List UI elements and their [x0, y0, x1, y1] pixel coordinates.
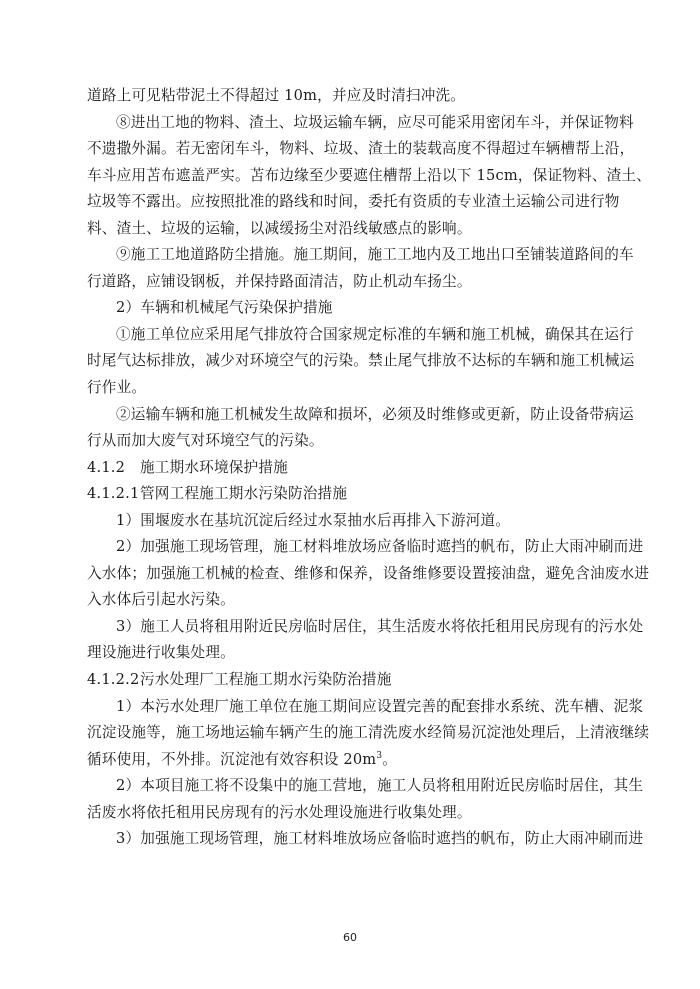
paragraph-line: 活废水将依托租用民房现有的污水处理设施进行收集处理。	[87, 800, 615, 827]
paragraph-line: 2）本项目施工将不设集中的施工营地，施工人员将租用附近民房临时居住，其生	[87, 773, 615, 800]
paragraph-line: 垃圾等不露出。应按照批准的路线和时间，委托有资质的专业渣土运输公司进行物	[87, 189, 615, 216]
paragraph-line: 3）施工人员将租用附近民房临时居住，其生活废水将依托租用民房现有的污水处	[87, 614, 615, 641]
paragraph-line: ①施工单位应采用尾气排放符合国家规定标准的车辆和施工机械，确保其在运行	[87, 322, 615, 349]
paragraph-line: 1）围堰废水在基坑沉淀后经过水泵抽水后再排入下游河道。	[87, 508, 615, 535]
paragraph-line: 1）本污水处理厂施工单位在施工期间应设置完善的配套排水系统、洗车槽、泥浆	[87, 694, 615, 721]
paragraph-line: 理设施进行收集处理。	[87, 640, 615, 667]
plant-water-measures-section: 1）本污水处理厂施工单位在施工期间应设置完善的配套排水系统、洗车槽、泥浆沉淀设施…	[87, 694, 615, 747]
section-heading-4-1-2-2: 4.1.2.2污水处理厂工程施工期水污染防治措施	[87, 667, 615, 694]
section-heading-4-1-2-1: 4.1.2.1管网工程施工期水污染防治措施	[87, 481, 615, 508]
air-pollution-measures-section: 道路上可见粘带泥土不得超过 10m，并应及时清扫冲洗。⑧进出工地的物料、渣土、垃…	[87, 83, 615, 455]
section-title: 施工期水环境保护措施	[140, 459, 288, 476]
paragraph-line: 3）加强施工现场管理，施工材料堆放场应备临时遮挡的帆布，防止大雨冲刷而进	[87, 826, 615, 853]
paragraph-line: 行道路，应铺设钢板，并保持路面清洁，防止机动车扬尘。	[87, 269, 615, 296]
section-title: 污水处理厂工程施工期水污染防治措施	[140, 671, 392, 688]
paragraph-line: 行作业。	[87, 375, 615, 402]
paragraph-line: 行从而加大废气对环境空气的污染。	[87, 428, 615, 455]
section-number: 4.1.2.2	[87, 667, 140, 694]
section-title: 管网工程施工期水污染防治措施	[140, 485, 347, 502]
paragraph-line: 2）加强施工现场管理，施工材料堆放场应备临时遮挡的帆布，防止大雨冲刷而进	[87, 534, 615, 561]
page-number: 60	[0, 931, 700, 944]
paragraph-line: 2）车辆和机械尾气污染保护措施	[87, 295, 615, 322]
paragraph-line: 入水体；加强施工机械的检查、维修和保养，设备维修要设置接油盘，避免含油废水进	[87, 561, 615, 588]
paragraph-line: 入水体后引起水污染。	[87, 587, 615, 614]
section-number: 4.1.2.1	[87, 481, 140, 508]
paragraph-line: 不遗撒外漏。若无密闭车斗，物料、垃圾、渣土的装载高度不得超过车辆槽帮上沿，	[87, 136, 615, 163]
section-number: 4.1.2	[87, 455, 140, 482]
paragraph-line: ⑧进出工地的物料、渣土、垃圾运输车辆，应尽可能采用密闭车斗，并保证物料	[87, 110, 615, 137]
paragraph-line: ②运输车辆和施工机械发生故障和损坏，必须及时维修或更新，防止设备带病运	[87, 402, 615, 429]
plant-water-measures-continued: 2）本项目施工将不设集中的施工营地，施工人员将租用附近民房临时居住，其生活废水将…	[87, 773, 615, 853]
paragraph-line: 车斗应用苫布遮盖严实。苫布边缘至少要遮住槽帮上沿以下 15cm，保证物料、渣土、	[87, 163, 615, 190]
paragraph-line-volume: 循环使用，不外排。沉淀池有效容积设 20m3。	[87, 747, 615, 774]
paragraph-line: 时尾气达标排放，减少对环境空气的污染。禁止尾气排放不达标的车辆和施工机械运	[87, 348, 615, 375]
paragraph-line: ⑨施工工地道路防尘措施。施工期间，施工工地内及工地出口至铺装道路间的车	[87, 242, 615, 269]
pipeline-water-measures-section: 1）围堰废水在基坑沉淀后经过水泵抽水后再排入下游河道。2）加强施工现场管理，施工…	[87, 508, 615, 667]
paragraph-line: 道路上可见粘带泥土不得超过 10m，并应及时清扫冲洗。	[87, 83, 615, 110]
paragraph-line: 沉淀设施等，施工场地运输车辆产生的施工清洗废水经简易沉淀池处理后，上清液继续	[87, 720, 615, 747]
section-heading-4-1-2: 4.1.2施工期水环境保护措施	[87, 455, 615, 482]
paragraph-line: 料、渣土、垃圾的运输，以减缓扬尘对沿线敏感点的影响。	[87, 216, 615, 243]
document-page-body: 道路上可见粘带泥土不得超过 10m，并应及时清扫冲洗。⑧进出工地的物料、渣土、垃…	[87, 83, 615, 853]
